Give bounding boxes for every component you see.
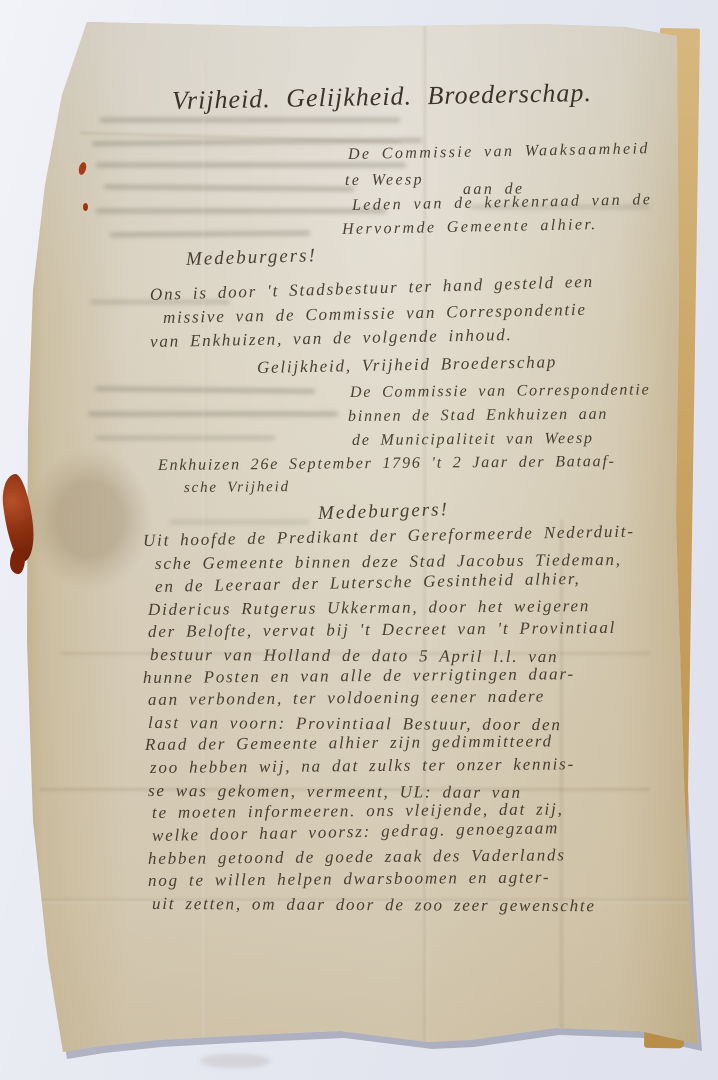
addressee-line: Leden van de kerkenraad van de (352, 191, 653, 215)
body-line: hunne Posten en van alle de verrigtingen… (143, 664, 575, 688)
bleed-through-writing (100, 118, 400, 122)
grease-stain (28, 448, 152, 590)
quoted-sender-line: binnen de Stad Enkhuizen aan (348, 406, 608, 426)
motto-heading: Vrijheid. Gelijkheid. Broederschap. (172, 78, 592, 116)
body-line: der Belofte, vervat bij 't Decreet van '… (148, 618, 616, 642)
quoted-motto: Gelijkheid, Vrijheid Broederschap (257, 352, 557, 378)
bleed-through-writing (88, 412, 338, 416)
body-line: bestuur van Holland de dato 5 April l.l.… (150, 645, 558, 667)
sender-line: De Commissie van Waaksaamheid (348, 140, 650, 164)
body-line: nog te willen helpen dwarsboomen en agte… (148, 867, 551, 891)
background-smudge (200, 1054, 270, 1068)
body-line: Didericus Rutgerus Ukkerman, door het we… (148, 596, 590, 620)
dateline: Enkhuizen 26e September 1796 't 2 Jaar d… (158, 453, 616, 475)
body-line: zoo hebben wij, na dat zulks ter onzer k… (150, 754, 575, 778)
body-line: hebben getoond de goede zaak des Vaderla… (148, 845, 566, 869)
quoted-sender-line: de Municipaliteit van Weesp (352, 430, 594, 450)
bleed-through-writing (104, 185, 354, 191)
dateline-continuation: sche Vrijheid (184, 479, 290, 497)
salutation: Medeburgers! (318, 499, 450, 525)
wax-seal-remnant (10, 548, 25, 574)
letter-paper: Vrijheid. Gelijkheid. Broederschap. De C… (0, 0, 718, 1080)
bleed-through-writing (96, 209, 386, 213)
salutation: Medeburgers! (186, 245, 318, 271)
wax-speck (83, 203, 88, 211)
body-line: Raad der Gemeente alhier zijn gedimmitte… (145, 731, 553, 755)
vertical-fold-crease (203, 60, 206, 1040)
body-line: uit zetten, om daar door de zoo zeer gew… (152, 894, 596, 916)
bleed-through-writing (95, 436, 275, 440)
sender-line: te Weesp (345, 171, 424, 190)
photo-background: Vrijheid. Gelijkheid. Broederschap. De C… (0, 0, 718, 1080)
bleed-through-writing (170, 520, 310, 524)
body-line: missive van de Commissie van Corresponde… (163, 300, 587, 328)
addressee-line: Hervormde Gemeente alhier. (342, 216, 598, 239)
body-line: aan verbonden, ter voldoening eener nade… (148, 687, 545, 710)
bleed-through-writing (110, 231, 310, 237)
quoted-sender-line: De Commissie van Correspondentie (350, 381, 651, 402)
